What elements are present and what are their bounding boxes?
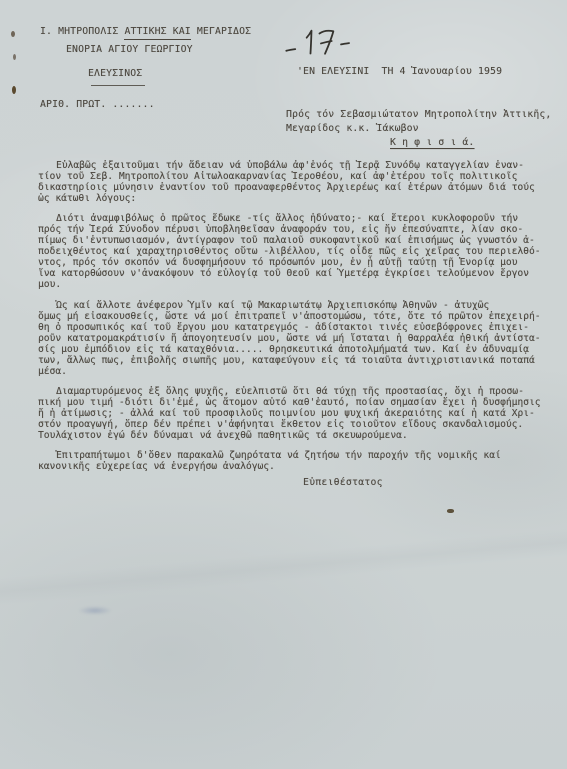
recipient-line1: Πρός τόν Σεβασμιώτατον Μητροπολίτην Ἀττι…	[286, 109, 551, 120]
body-paragraph-1: Εὐλαβῶς ἐξαιτοῦμαι τήν ἄδειαν νά ὑποβάλω…	[38, 160, 556, 204]
recipient-line2: Μεγαρίδος κ.κ. Ἰάκωβον	[286, 123, 419, 134]
letter-page: Ι. ΜΗΤΡΟΠΟΛΙΣ ΑΤΤΙΚΗΣ ΚΑΙ ΜΕΓΑΡΙΔΟΣ ΕΝΟΡ…	[0, 0, 567, 769]
paper-crease	[0, 522, 567, 612]
letterhead-line1-post: ΜΕΓΑΡΙΔΟΣ	[191, 26, 251, 37]
binding-mark-middle	[13, 54, 16, 60]
page-number-dash-left	[286, 49, 295, 51]
blue-smudge	[78, 606, 112, 615]
letterhead-line3: ΕΛΕΥΣΙΝΟΣ	[88, 68, 142, 79]
ink-speck	[447, 509, 454, 513]
binding-mark-bottom	[12, 86, 16, 94]
body-paragraph-5: Ἐπιτραπήτωμοι δ'ὅθεν παρακαλῶ ζωηρότατα …	[38, 450, 556, 472]
dateline: 'ΕΝ ΕΛΕΥΣΙΝΙ ΤΗ 4 Ἰανουαρίου 1959	[297, 66, 502, 77]
page-number-dash-right	[341, 43, 349, 44]
letter-body: Εὐλαβῶς ἐξαιτοῦμαι τήν ἄδειαν νά ὑποβάλω…	[38, 160, 556, 481]
body-paragraph-3: Ὡς καί ἄλλοτε ἀνέφερον Ὑμῖν καί τῷ Μακαρ…	[38, 300, 556, 377]
recipient-city: Κ η φ ι σ ι ά.	[390, 137, 474, 148]
letterhead-line1: Ι. ΜΗΤΡΟΠΟΛΙΣ ΑΤΤΙΚΗΣ ΚΑΙ ΜΕΓΑΡΙΔΟΣ	[40, 26, 251, 37]
body-paragraph-4: Διαμαρτυρόμενος ἐξ ὅλης ψυχῆς, εὐελπιστῶ…	[38, 386, 556, 441]
page-number-digit-1	[306, 31, 312, 54]
body-paragraph-2: Διότι ἀναμφιβόλως ὁ πρῶτος ἔδωκε -τίς ἄλ…	[38, 213, 556, 290]
letterhead-underline-rule	[91, 85, 145, 86]
closing-salutation: Εὐπειθέστατος	[303, 477, 383, 488]
letterhead-line1-underlined: ΑΤΤΙΚΗΣ ΚΑΙ	[124, 26, 190, 40]
letterhead-line2: ΕΝΟΡΙΑ ΑΓΙΟΥ ΓΕΩΡΓΙΟΥ	[66, 44, 193, 55]
binding-mark-top	[11, 31, 15, 37]
protocol-number: ΑΡΙΘ. ΠΡΩΤ. .......	[40, 99, 155, 110]
page-number-handwritten	[280, 23, 360, 65]
letterhead-line1-pre: Ι. ΜΗΤΡΟΠΟΛΙΣ	[40, 26, 124, 37]
